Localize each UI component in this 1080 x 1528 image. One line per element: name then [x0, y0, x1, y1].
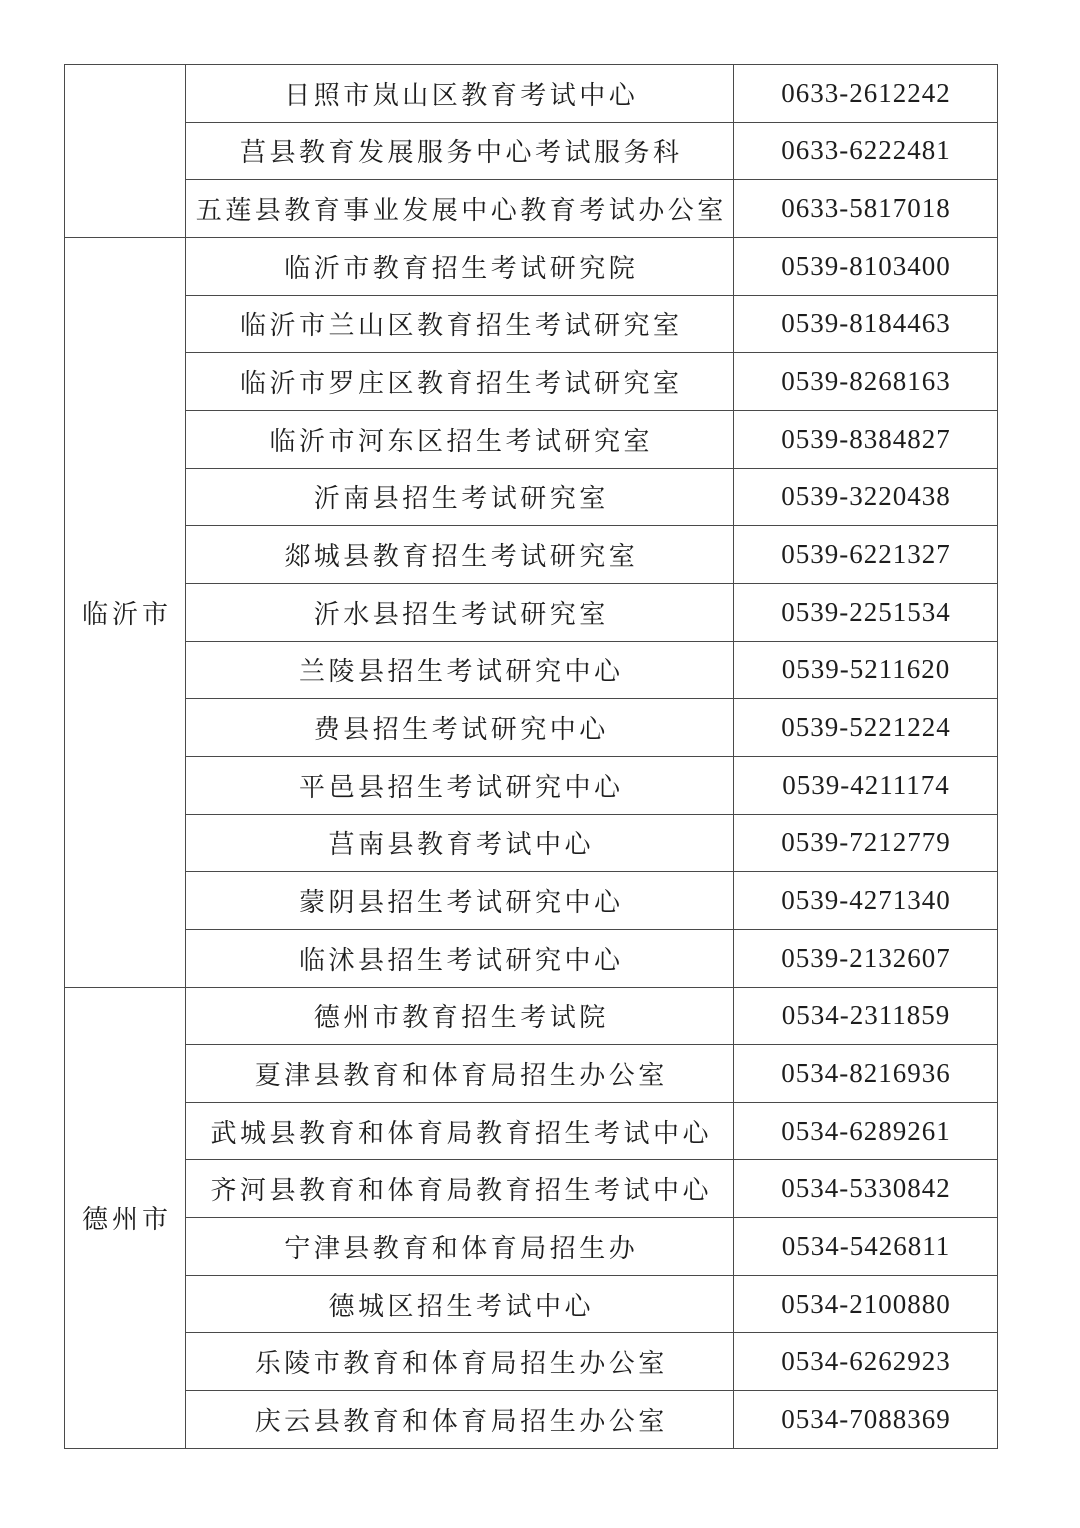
institution-cell: 费县招生考试研究中心 — [186, 699, 734, 757]
institution-cell: 临沂市河东区招生考试研究室 — [186, 410, 734, 468]
table-row: 夏津县教育和体育局招生办公室0534-8216936 — [65, 1045, 998, 1103]
contact-table-body: 日照市岚山区教育考试中心0633-2612242莒县教育发展服务中心考试服务科0… — [65, 65, 998, 1449]
contact-table: 日照市岚山区教育考试中心0633-2612242莒县教育发展服务中心考试服务科0… — [64, 64, 998, 1449]
phone-cell: 0633-6222481 — [734, 122, 998, 180]
table-row: 平邑县招生考试研究中心0539-4211174 — [65, 756, 998, 814]
city-cell: 临沂市 — [65, 237, 186, 987]
table-row: 乐陵市教育和体育局招生办公室0534-6262923 — [65, 1333, 998, 1391]
phone-cell: 0534-8216936 — [734, 1045, 998, 1103]
phone-cell: 0539-7212779 — [734, 814, 998, 872]
institution-cell: 德州市教育招生考试院 — [186, 987, 734, 1045]
phone-cell: 0633-5817018 — [734, 180, 998, 238]
table-row: 日照市岚山区教育考试中心0633-2612242 — [65, 65, 998, 123]
table-row: 庆云县教育和体育局招生办公室0534-7088369 — [65, 1391, 998, 1449]
institution-cell: 平邑县招生考试研究中心 — [186, 756, 734, 814]
table-row: 齐河县教育和体育局教育招生考试中心0534-5330842 — [65, 1160, 998, 1218]
institution-cell: 武城县教育和体育局教育招生考试中心 — [186, 1102, 734, 1160]
table-row: 兰陵县招生考试研究中心0539-5211620 — [65, 641, 998, 699]
phone-cell: 0534-6289261 — [734, 1102, 998, 1160]
phone-cell: 0539-3220438 — [734, 468, 998, 526]
table-row: 莒县教育发展服务中心考试服务科0633-6222481 — [65, 122, 998, 180]
institution-cell: 临沂市罗庄区教育招生考试研究室 — [186, 353, 734, 411]
city-cell — [65, 65, 186, 238]
phone-cell: 0534-5330842 — [734, 1160, 998, 1218]
institution-cell: 临沂市教育招生考试研究院 — [186, 237, 734, 295]
document-page: 日照市岚山区教育考试中心0633-2612242莒县教育发展服务中心考试服务科0… — [0, 0, 1080, 1528]
institution-cell: 临沂市兰山区教育招生考试研究室 — [186, 295, 734, 353]
table-row: 郯城县教育招生考试研究室0539-6221327 — [65, 526, 998, 584]
table-row: 临沂市临沂市教育招生考试研究院0539-8103400 — [65, 237, 998, 295]
table-row: 沂水县招生考试研究室0539-2251534 — [65, 583, 998, 641]
institution-cell: 莒县教育发展服务中心考试服务科 — [186, 122, 734, 180]
phone-cell: 0534-2311859 — [734, 987, 998, 1045]
institution-cell: 临沭县招生考试研究中心 — [186, 929, 734, 987]
city-cell: 德州市 — [65, 987, 186, 1448]
phone-cell: 0539-6221327 — [734, 526, 998, 584]
institution-cell: 五莲县教育事业发展中心教育考试办公室 — [186, 180, 734, 238]
phone-cell: 0534-6262923 — [734, 1333, 998, 1391]
phone-cell: 0633-2612242 — [734, 65, 998, 123]
phone-cell: 0539-5221224 — [734, 699, 998, 757]
phone-cell: 0534-2100880 — [734, 1275, 998, 1333]
institution-cell: 夏津县教育和体育局招生办公室 — [186, 1045, 734, 1103]
phone-cell: 0539-5211620 — [734, 641, 998, 699]
table-row: 五莲县教育事业发展中心教育考试办公室0633-5817018 — [65, 180, 998, 238]
phone-cell: 0539-4271340 — [734, 872, 998, 930]
phone-cell: 0534-5426811 — [734, 1218, 998, 1276]
institution-cell: 乐陵市教育和体育局招生办公室 — [186, 1333, 734, 1391]
table-row: 宁津县教育和体育局招生办0534-5426811 — [65, 1218, 998, 1276]
institution-cell: 齐河县教育和体育局教育招生考试中心 — [186, 1160, 734, 1218]
table-row: 莒南县教育考试中心0539-7212779 — [65, 814, 998, 872]
table-row: 临沂市河东区招生考试研究室0539-8384827 — [65, 410, 998, 468]
table-row: 沂南县招生考试研究室0539-3220438 — [65, 468, 998, 526]
institution-cell: 庆云县教育和体育局招生办公室 — [186, 1391, 734, 1449]
phone-cell: 0539-8384827 — [734, 410, 998, 468]
table-row: 临沂市罗庄区教育招生考试研究室0539-8268163 — [65, 353, 998, 411]
table-row: 德城区招生考试中心0534-2100880 — [65, 1275, 998, 1333]
institution-cell: 日照市岚山区教育考试中心 — [186, 65, 734, 123]
institution-cell: 沂南县招生考试研究室 — [186, 468, 734, 526]
institution-cell: 兰陵县招生考试研究中心 — [186, 641, 734, 699]
institution-cell: 郯城县教育招生考试研究室 — [186, 526, 734, 584]
institution-cell: 沂水县招生考试研究室 — [186, 583, 734, 641]
table-row: 临沂市兰山区教育招生考试研究室0539-8184463 — [65, 295, 998, 353]
table-row: 蒙阴县招生考试研究中心0539-4271340 — [65, 872, 998, 930]
phone-cell: 0539-8103400 — [734, 237, 998, 295]
table-row: 费县招生考试研究中心0539-5221224 — [65, 699, 998, 757]
table-row: 武城县教育和体育局教育招生考试中心0534-6289261 — [65, 1102, 998, 1160]
phone-cell: 0539-4211174 — [734, 756, 998, 814]
phone-cell: 0539-2251534 — [734, 583, 998, 641]
institution-cell: 德城区招生考试中心 — [186, 1275, 734, 1333]
phone-cell: 0539-8184463 — [734, 295, 998, 353]
phone-cell: 0534-7088369 — [734, 1391, 998, 1449]
phone-cell: 0539-2132607 — [734, 929, 998, 987]
institution-cell: 宁津县教育和体育局招生办 — [186, 1218, 734, 1276]
institution-cell: 蒙阴县招生考试研究中心 — [186, 872, 734, 930]
table-row: 临沭县招生考试研究中心0539-2132607 — [65, 929, 998, 987]
phone-cell: 0539-8268163 — [734, 353, 998, 411]
institution-cell: 莒南县教育考试中心 — [186, 814, 734, 872]
table-row: 德州市德州市教育招生考试院0534-2311859 — [65, 987, 998, 1045]
